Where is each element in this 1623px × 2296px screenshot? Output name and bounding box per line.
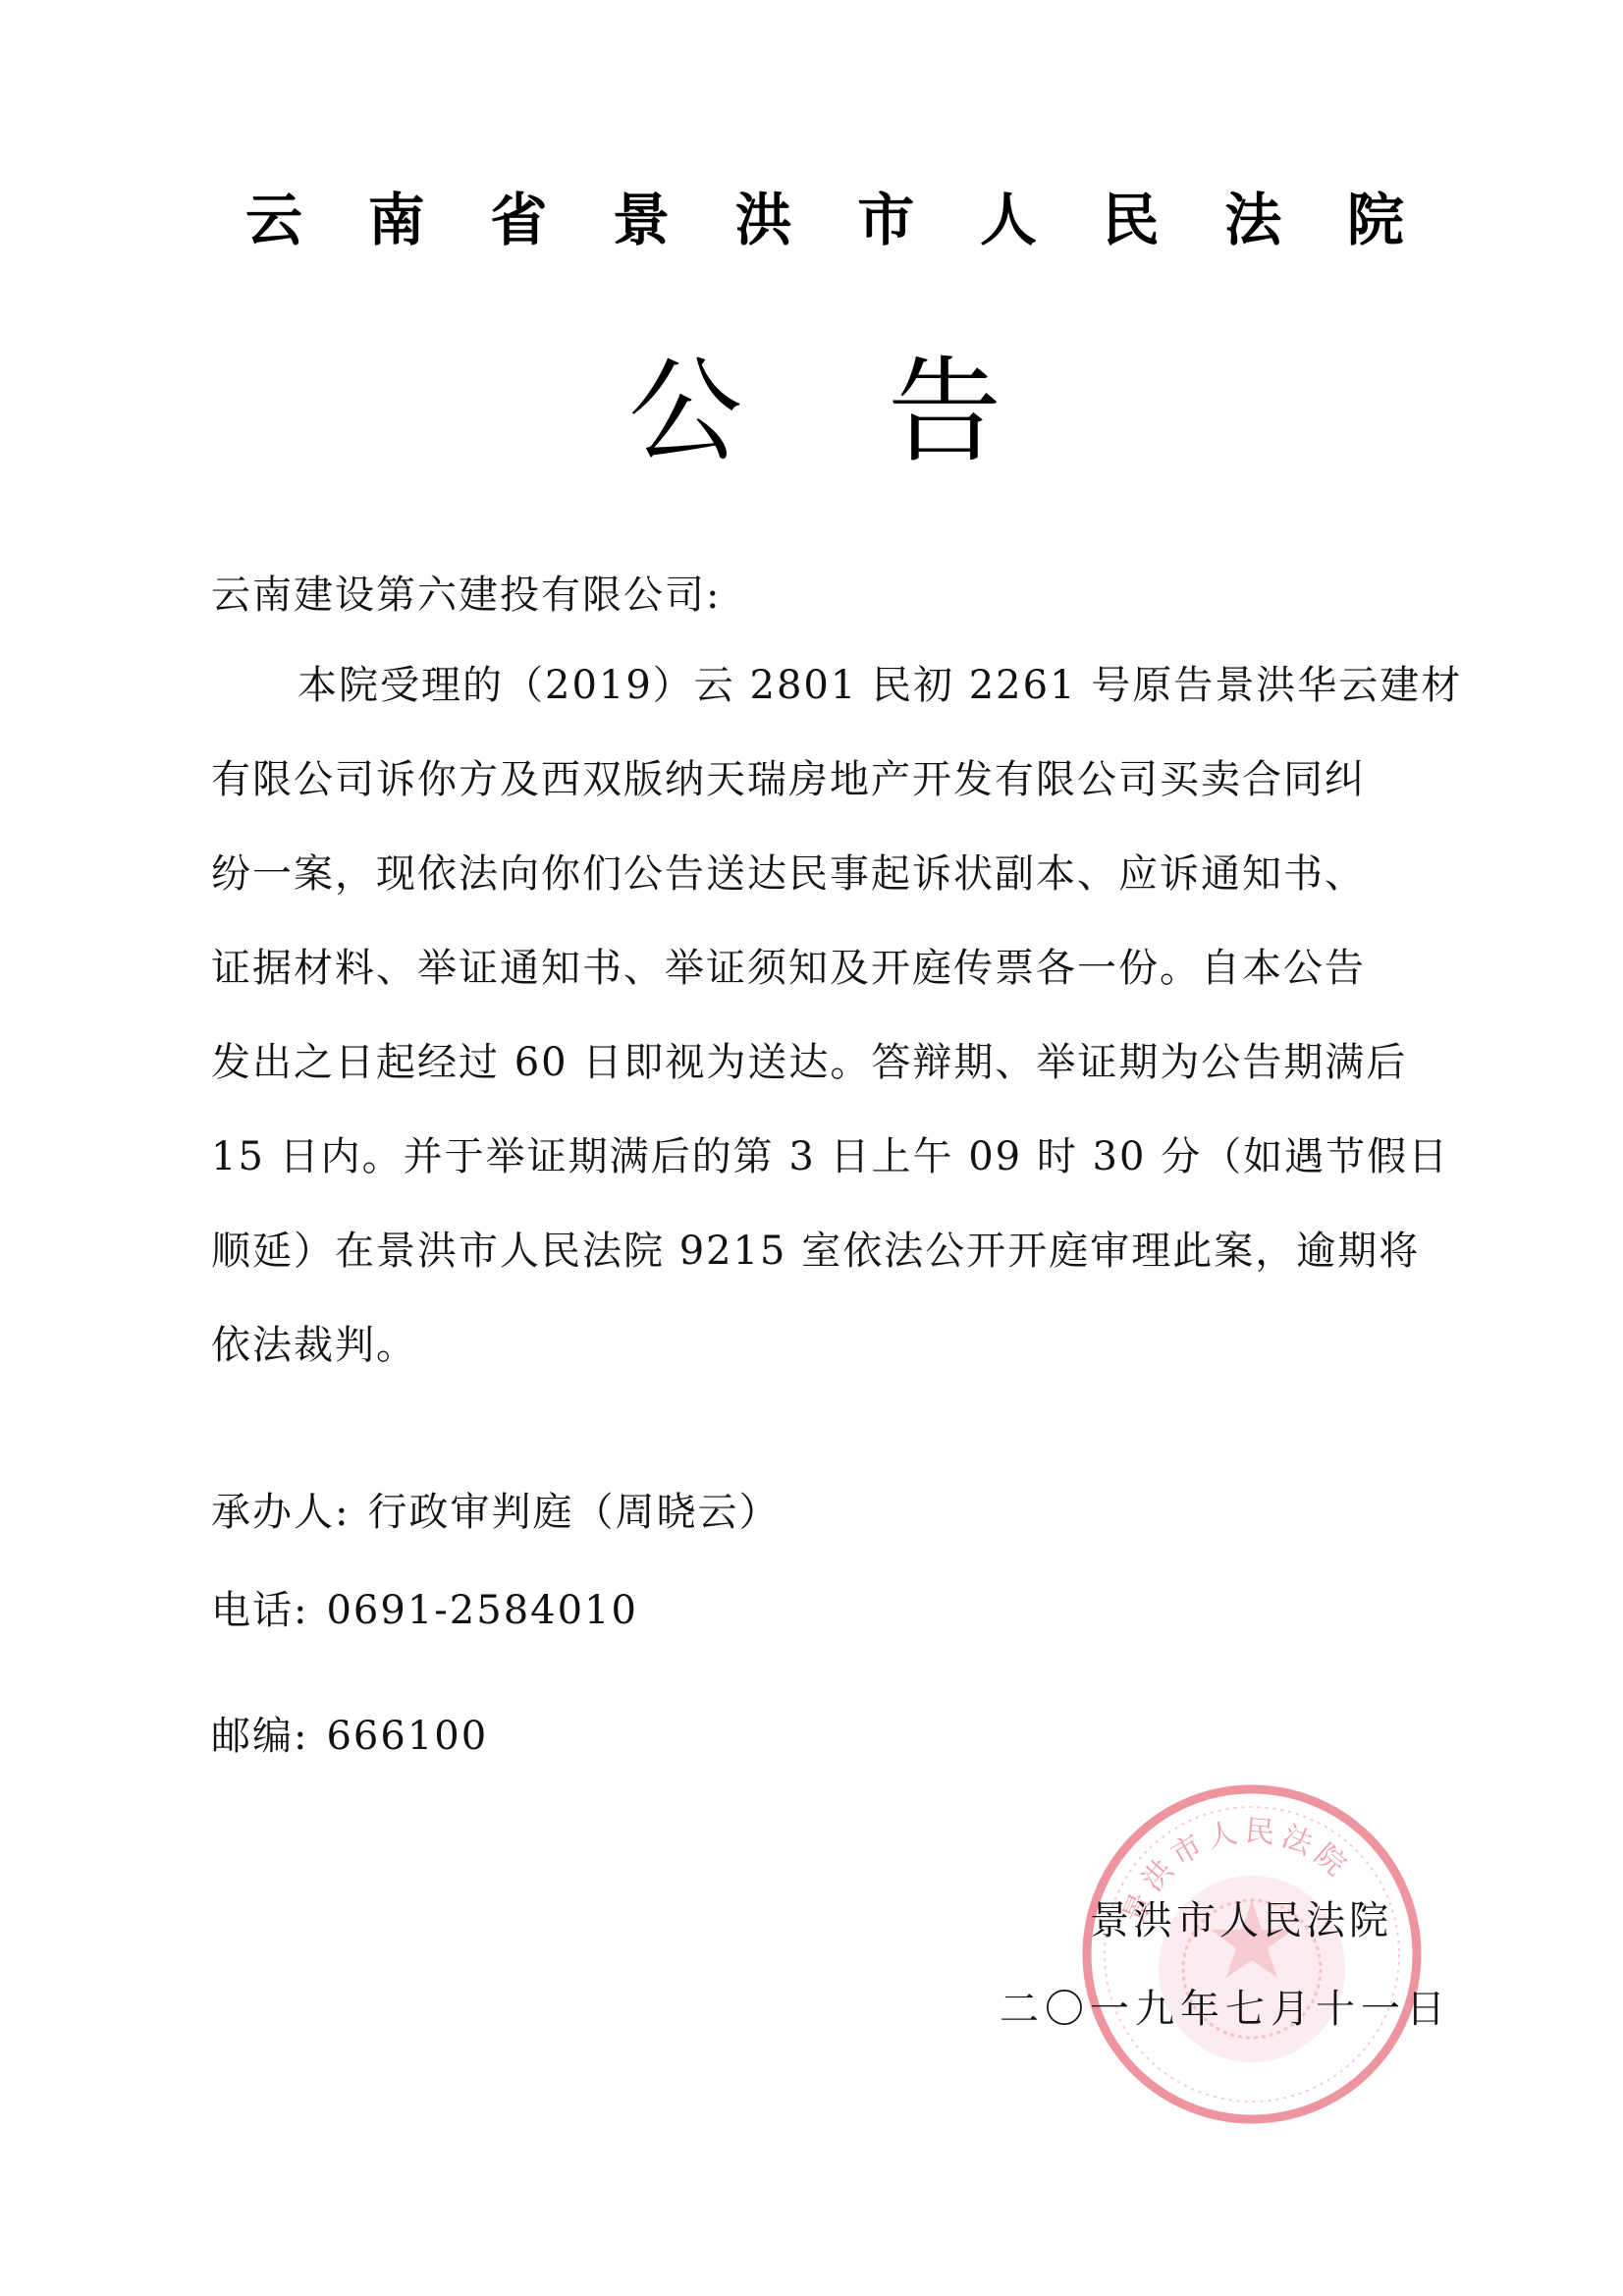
- postcode-row: 邮编:666100: [211, 1709, 488, 1764]
- addressee: 云南建设第六建投有限公司:: [211, 568, 721, 623]
- court-name-heading: 云 南 省 景 洪 市 人 民 法 院: [245, 185, 1404, 255]
- body-line: 发出之日起经过 60 日即视为送达。答辩期、举证期为公告期满后: [211, 1035, 1438, 1129]
- court-name-char: 院: [1347, 185, 1404, 255]
- phone-value: 0691-2584010: [326, 1588, 637, 1633]
- document-title-char: 公: [628, 344, 742, 481]
- notice-body: 本院受理的（2019）云 2801 民初 2261 号原告景洪华云建材 有限公司…: [211, 658, 1438, 1412]
- court-name-char: 南: [368, 185, 425, 255]
- body-line: 15 日内。并于举证期满后的第 3 日上午 09 时 30 分（如遇节假日: [211, 1129, 1438, 1224]
- court-seal-icon: 景洪市人民法院: [1080, 1782, 1424, 2126]
- body-line: 有限公司诉你方及西双版纳天瑞房地产开发有限公司买卖合同纠: [211, 752, 1438, 847]
- notice-page: 云 南 省 景 洪 市 人 民 法 院 公 告 云南建设第六建投有限公司: 本院…: [0, 0, 1623, 2296]
- signing-date: 二〇一九年七月十一日: [1000, 1982, 1451, 2037]
- body-line: 证据材料、举证通知书、举证须知及开庭传票各一份。自本公告: [211, 941, 1438, 1035]
- court-name-char: 人: [980, 185, 1037, 255]
- handler-value: 行政审判庭（周晓云）: [367, 1490, 780, 1535]
- handler-label: 承办人:: [211, 1490, 350, 1535]
- body-line: 顺延）在景洪市人民法院 9215 室依法公开开庭审理此案，逾期将: [211, 1224, 1438, 1318]
- phone-label: 电话:: [211, 1588, 308, 1633]
- body-line: 纷一案，现依法向你们公告送达民事起诉状副本、应诉通知书、: [211, 847, 1438, 941]
- body-line: 本院受理的（2019）云 2801 民初 2261 号原告景洪华云建材: [211, 658, 1438, 752]
- handler-row: 承办人:行政审判庭（周晓云）: [211, 1485, 780, 1540]
- court-name-char: 云: [245, 185, 302, 255]
- signing-court: 景洪市人民法院: [1090, 1893, 1392, 1948]
- phone-row: 电话:0691-2584010: [211, 1583, 638, 1638]
- document-title: 公 告: [628, 344, 1001, 481]
- postcode-value: 666100: [326, 1714, 488, 1759]
- court-name-char: 法: [1224, 185, 1281, 255]
- postcode-label: 邮编:: [211, 1714, 308, 1759]
- court-name-char: 洪: [735, 185, 792, 255]
- body-line: 依法裁判。: [211, 1318, 1438, 1412]
- court-name-char: 市: [857, 185, 914, 255]
- court-name-char: 民: [1103, 185, 1160, 255]
- court-name-char: 景: [613, 185, 670, 255]
- document-title-char: 告: [888, 344, 1001, 481]
- court-name-char: 省: [490, 185, 547, 255]
